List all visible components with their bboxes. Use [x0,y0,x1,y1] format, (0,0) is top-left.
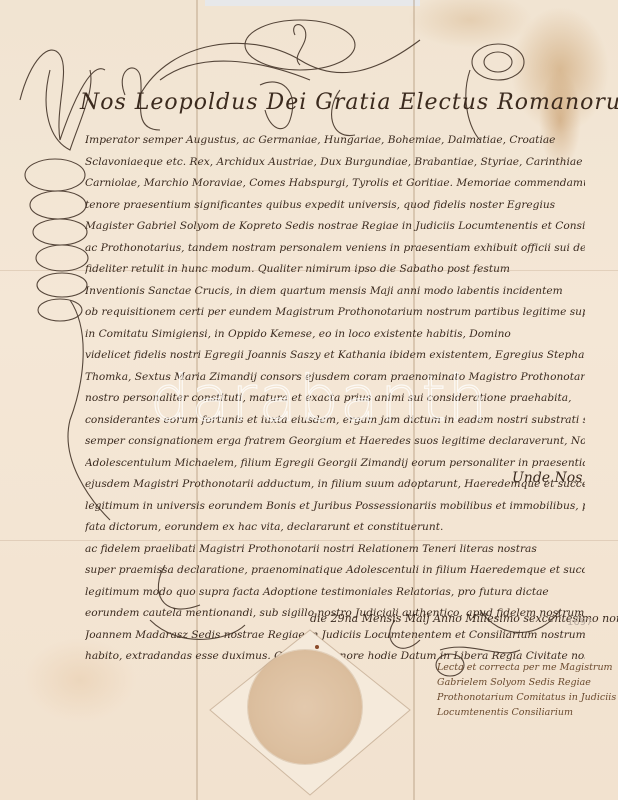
body-line: Sclavoniaeque etc. Rex, Archidux Austria… [85,152,585,174]
body-line: Magister Gabriel Solyom de Kopreto Sedis… [85,216,585,238]
signature-line: Lecta et correcta per me Magistrum [437,660,607,675]
body-line: fideliter retulit in hunc modum. Qualite… [85,259,585,281]
body-line: Adolescentulum Michaelem, filium Egregii… [85,453,585,475]
body-line: ejusdem Magistri Prothonotarii adductum,… [85,474,585,496]
body-line: in Comitatu Simigiensi, in Oppido Kemese… [85,324,585,346]
body-line: legitimum in universis eorundem Bonis et… [85,496,585,518]
signature-block: Lecta et correcta per me Magistrum Gabri… [437,660,607,720]
wax-seal [248,650,362,764]
closing-phrase: Unde Nos [512,470,582,486]
document-page: Nos Leopoldus Dei Gratia Electus Romanor… [0,0,618,800]
body-line: Imperator semper Augustus, ac Germaniae,… [85,130,585,152]
body-line: super praemissa declaratione, praenomina… [85,560,585,582]
body-line: fata dictorum, eorundem ex hac vita, dec… [85,517,485,539]
body-line: ac Prothonotarius, tandem nostram person… [85,238,585,260]
body-line: ob requisitionem certi per eundem Magist… [85,302,585,324]
pencil-annotation: 1697 [567,617,592,628]
body-line: Inventionis Sanctae Crucis, in diem quar… [85,281,585,303]
charter-heading: Nos Leopoldus Dei Gratia Electus Romanor… [80,90,618,115]
body-line: tenore praesentium significantes quibus … [85,195,585,217]
signature-line: Gabrielem Solyom Sedis Regiae [437,675,607,690]
signature-line: Prothonotarium Comitatus in Judiciis [437,690,607,705]
seal-ink-spot [315,645,319,649]
watermark: darabanth [150,362,489,435]
signature-line: Locumtenentis Consiliarium [437,705,607,720]
body-line: legitimum modo quo supra facta Adoptione… [85,582,585,604]
body-line: Carniolae, Marchio Moraviae, Comes Habsp… [85,173,585,195]
body-line: ac fidelem praelibati Magistri Prothonot… [85,539,585,561]
